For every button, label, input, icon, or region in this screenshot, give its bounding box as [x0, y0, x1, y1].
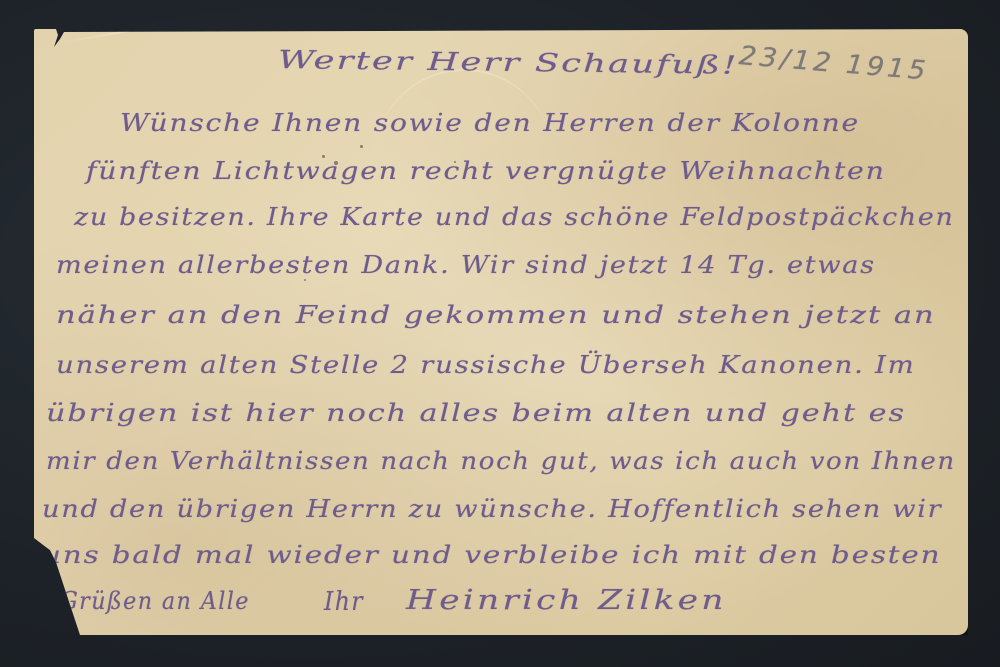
- body-line-7: übrigen ist hier noch alles beim alten u…: [46, 399, 906, 427]
- paper-crease: [54, 0, 301, 45]
- body-line-5: näher an den Feind gekommen und stehen j…: [56, 301, 936, 329]
- postcard: Werter Herr Schaufuß! 23/12 1915 Wünsche…: [34, 29, 968, 635]
- body-line-8: mir den Verhältnissen nach noch gut, was…: [46, 447, 956, 475]
- body-line-3: zu besitzen. Ihre Karte und das schöne F…: [74, 203, 955, 231]
- salutation: Werter Herr Schaufuß!: [278, 45, 739, 80]
- body-line-9: und den übrigen Herrn zu wünsche. Hoffen…: [42, 495, 942, 523]
- signature-prefix: Ihr: [324, 587, 364, 617]
- body-line-4: meinen allerbesten Dank. Wir sind jetzt …: [56, 251, 876, 279]
- ink-speck: [304, 279, 306, 281]
- signature: Heinrich Zilken: [406, 585, 727, 616]
- date: 23/12 1915: [738, 41, 930, 87]
- body-line-6: unserem alten Stelle 2 russische Überseh…: [56, 351, 916, 379]
- body-line-2: fünften Lichtwagen recht vergnügte Weihn…: [86, 157, 886, 185]
- ink-speck: [360, 145, 363, 148]
- body-line-10: uns bald mal wieder und verbleibe ich mi…: [42, 541, 941, 569]
- closing: Grüßen an Alle: [60, 587, 250, 615]
- body-line-1: Wünsche Ihnen sowie den Herren der Kolon…: [120, 109, 860, 137]
